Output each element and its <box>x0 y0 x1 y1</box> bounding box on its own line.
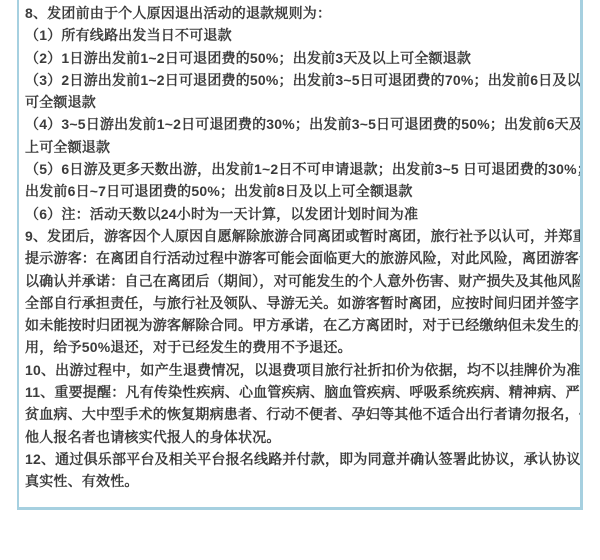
agreement-line: 以确认并承诺：自己在离团后（期间），对可能发生的个人意外伤害、财产损失及其他风险 <box>25 270 576 292</box>
agreement-line: 他人报名者也请核实代报人的身体状况。 <box>25 426 576 448</box>
agreement-line: 提示游客：在离团自行活动过程中游客可能会面临更大的旅游风险，对此风险，离团游客予 <box>25 247 576 269</box>
agreement-line: 12、通过俱乐部平台及相关平台报名线路并付款，即为同意并确认签署此协议，承认协议… <box>25 448 576 470</box>
agreement-line: （6）注：活动天数以24小时为一天计算，以发团计划时间为准 <box>25 203 576 225</box>
agreement-line: （5）6日游及更多天数出游，出发前1~2日不可申请退款；出发前3~5 日可退团费… <box>25 158 576 180</box>
agreement-line: 11、重要提醒：凡有传染性疾病、心血管疾病、脑血管疾病、呼吸系统疾病、精神病、严… <box>25 381 576 403</box>
agreement-line: 8、发团前由于个人原因退出活动的退款规则为： <box>25 2 576 24</box>
agreement-line: （3）2日游出发前1~2日可退团费的50%；出发前3~5日可退团费的70%；出发… <box>25 69 576 91</box>
agreement-line: 真实性、有效性。 <box>25 470 576 492</box>
page-viewport: 8、发团前由于个人原因退出活动的退款规则为： （1）所有线路出发当日不可退款 （… <box>0 0 600 560</box>
agreement-line: 出发前6日~7日可退团费的50%；出发前8日及以上可全额退款 <box>25 180 576 202</box>
agreement-line: （1）所有线路出发当日不可退款 <box>25 24 576 46</box>
agreement-line: 如未能按时归团视为游客解除合同。甲方承诺，在乙方离团时，对于已经缴纳但未发生的费 <box>25 314 576 336</box>
agreement-line: （2）1日游出发前1~2日可退团费的50%；出发前3天及以上可全额退款 <box>25 47 576 69</box>
agreement-panel: 8、发团前由于个人原因退出活动的退款规则为： （1）所有线路出发当日不可退款 （… <box>17 0 583 510</box>
agreement-line: 10、出游过程中，如产生退费情况，以退费项目旅行社折扣价为依据，均不以挂牌价为准… <box>25 359 576 381</box>
agreement-line: 全部自行承担责任，与旅行社及领队、导游无关。如游客暂时离团，应按时间归团并签字， <box>25 292 576 314</box>
agreement-line: 9、发团后，游客因个人原因自愿解除旅游合同离团或暂时离团，旅行社予以认可，并郑重 <box>25 225 576 247</box>
agreement-line: （4）3~5日游出发前1~2日可退团费的30%；出发前3~5日可退团费的50%；… <box>25 113 576 135</box>
agreement-line: 贫血病、大中型手术的恢复期病患者、行动不便者、孕妇等其他不适合出行者请勿报名，代 <box>25 403 576 425</box>
agreement-line: 可全额退款 <box>25 91 576 113</box>
agreement-line: 上可全额退款 <box>25 136 576 158</box>
agreement-line: 用，给予50%退还，对于已经发生的费用不予退还。 <box>25 336 576 358</box>
